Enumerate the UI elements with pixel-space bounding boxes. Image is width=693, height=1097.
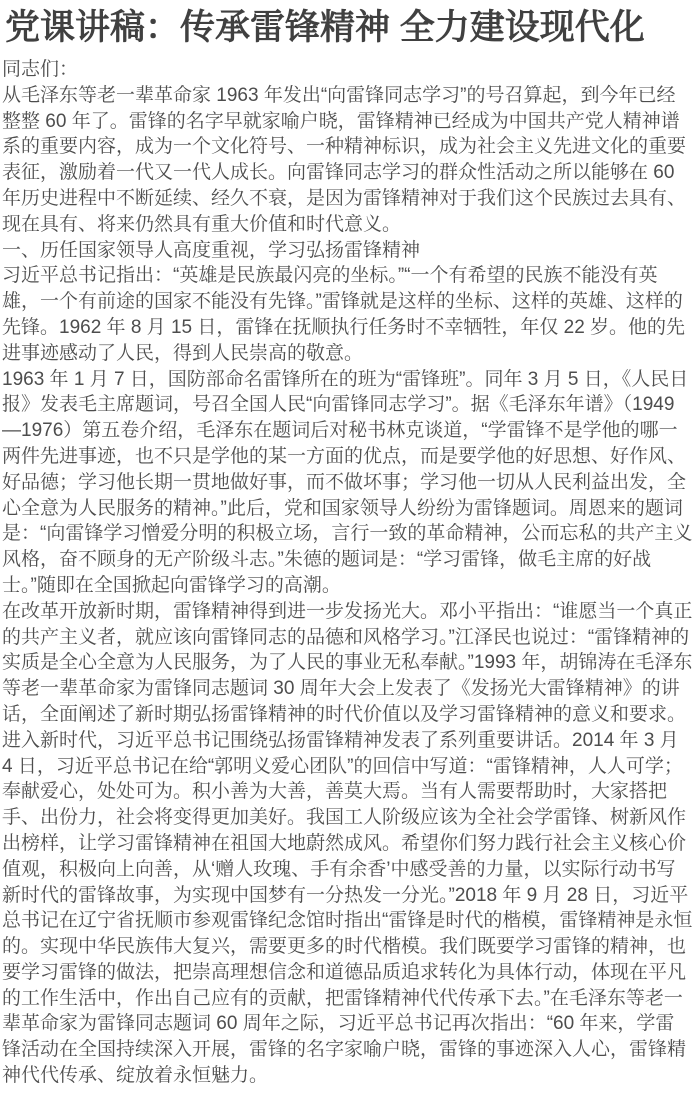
paragraph-new-era: 进入新时代，习近平总书记围绕弘扬雷锋精神发表了系列重要讲话。2014 年 3 月… [0, 728, 693, 1089]
paragraph-1963-inscriptions: 1963 年 1 月 7 日，国防部命名雷锋所在的班为“雷锋班”。同年 3 月 … [0, 367, 693, 599]
document-body: 同志们： 从毛泽东等老一辈革命家 1963 年发出“向雷锋同志学习”的号召算起，… [0, 57, 693, 1089]
paragraph-xi-hero-quote: 习近平总书记指出：“英雄是民族最闪亮的坐标。”“一个有希望的民族不能没有英雄，一… [0, 263, 693, 366]
intro-paragraph: 从毛泽东等老一辈革命家 1963 年发出“向雷锋同志学习”的号召算起，到今年已经… [0, 83, 693, 238]
document-page: 党课讲稿：传承雷锋精神 全力建设现代化 同志们： 从毛泽东等老一辈革命家 196… [0, 0, 693, 1097]
salutation-line: 同志们： [0, 57, 693, 83]
paragraph-reform-era: 在改革开放新时期，雷锋精神得到进一步发扬光大。邓小平指出：“谁愿当一个真正的共产… [0, 599, 693, 728]
section-1-heading: 一、历任国家领导人高度重视，学习弘扬雷锋精神 [0, 238, 693, 264]
document-title: 党课讲稿：传承雷锋精神 全力建设现代化 [5, 5, 691, 50]
